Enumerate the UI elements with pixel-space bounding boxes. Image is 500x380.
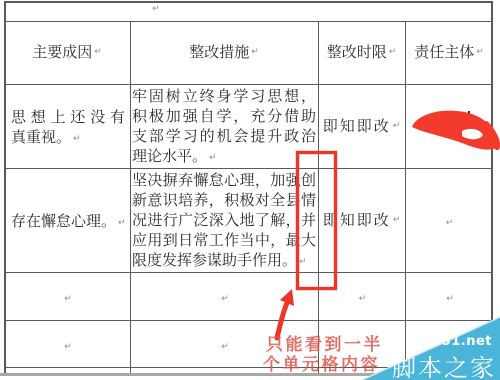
row3-responsible-cell[interactable]: ↵ (405, 289, 493, 307)
measure-line: 牢固树立终身学习思想， (132, 87, 316, 107)
measure-line: 新意识培养，积极对全县情 (132, 191, 316, 211)
paragraph-mark-icon: ↵ (474, 42, 484, 62)
row1-deadline-cell[interactable]: 即知即改↵ (318, 85, 405, 168)
paragraph-mark-icon: ↵ (391, 116, 401, 136)
row3-cause-cell[interactable]: ↵ (4, 289, 130, 307)
measure-line: 应用到日常工作当中，最大 (132, 231, 316, 251)
header-cell-deadline[interactable]: 整改时限↵ (318, 22, 405, 84)
deadline-text: 即知即改 (323, 117, 391, 137)
paragraph-mark-icon: ↵ (71, 129, 81, 149)
hidden-text-remnant (464, 115, 473, 117)
row1-measures-cell[interactable]: 牢固树立终身学习思想， 积极加强自学，充分借助 支部学习的机会提升政治 理论水平… (132, 87, 316, 169)
paragraph-mark-icon: ↵ (357, 294, 367, 304)
header-label: 责任主体 (414, 43, 474, 63)
word-document-page: ↵ 主要成因↵ 整改措施↵ 整改时限↵ 责任主体↵ 思想上还没有 真重视。↵ 牢… (0, 0, 500, 380)
paragraph-mark-icon: ↵ (219, 342, 229, 352)
paragraph-mark-icon: ↵ (207, 148, 217, 168)
header-label: 整改时限 (327, 43, 387, 63)
row4-cause-cell[interactable]: ↵ (4, 337, 130, 355)
row3-deadline-cell[interactable]: ↵ (318, 289, 405, 307)
watermark-site-text: jb51.net (404, 334, 492, 349)
header-label: 主要成因 (32, 43, 92, 63)
row1-cause-cell[interactable]: 思想上还没有 真重视。↵ (11, 108, 125, 150)
watermark-brand-text: 脚本之家 (392, 348, 493, 380)
paragraph-mark-icon: ↵ (444, 294, 454, 304)
paragraph-mark-icon: ↵ (92, 42, 102, 62)
table-border-below-header (4, 84, 493, 85)
measure-line: 况进行广泛深入地了解，并 (132, 211, 316, 231)
annotation-note-line2: 个单元格内容 (263, 350, 380, 375)
paragraph-mark-icon: ↵ (62, 342, 72, 352)
header-label: 整改措施 (189, 43, 249, 63)
cause-line: 思想上还没有 (11, 108, 125, 128)
measure-line: 坚决摒弃懈怠心理，加强创 (132, 171, 316, 191)
row2-deadline-cell[interactable]: 即知即改↵ (318, 169, 405, 272)
measure-line: 积极加强自学，充分借助 (132, 107, 316, 127)
measure-line: 支部学习的机会提升政治 (132, 127, 316, 147)
row2-measures-cell[interactable]: 坚决摒弃懈怠心理，加强创 新意识培养，积极对全县情 况进行广泛深入地了解，并 应… (132, 171, 316, 273)
red-scribble (412, 111, 497, 150)
header-cell-responsible[interactable]: 责任主体↵ (405, 22, 493, 84)
row2-cause-cell[interactable]: 存在懈怠心理。↵ (11, 212, 133, 234)
row3-measures-cell[interactable]: ↵ (130, 289, 318, 307)
cause-line: 存在懈怠心理。↵ (11, 212, 133, 234)
paragraph-mark-icon: ↵ (219, 294, 229, 304)
table-border-below-row3 (4, 320, 493, 321)
hidden-text-remnant (420, 128, 431, 130)
paragraph-mark-icon: ↵ (249, 42, 259, 62)
row2-responsible-cell[interactable]: ↵ (405, 213, 492, 231)
header-cell-main-cause[interactable]: 主要成因↵ (4, 22, 130, 84)
paragraph-mark-icon: ↵ (444, 218, 454, 228)
cause-line: 真重视。↵ (11, 128, 125, 150)
paragraph-mark-icon: ↵ (387, 42, 397, 62)
paragraph-mark-icon: ↵ (62, 294, 72, 304)
measure-line: 理论水平。↵ (132, 147, 316, 169)
table-border-top (4, 1, 493, 3)
header-cell-measures[interactable]: 整改措施↵ (130, 22, 318, 84)
paragraph-mark-icon: ↵ (391, 210, 401, 230)
top-strip-paragraph-mark: ↵ (150, 4, 160, 14)
paragraph-mark-icon: ↵ (116, 213, 126, 233)
measure-line: 限度发挥参谋助手作用。↵ (132, 251, 316, 273)
paragraph-mark-icon: ↵ (297, 252, 307, 272)
deadline-text: 即知即改 (323, 211, 391, 231)
